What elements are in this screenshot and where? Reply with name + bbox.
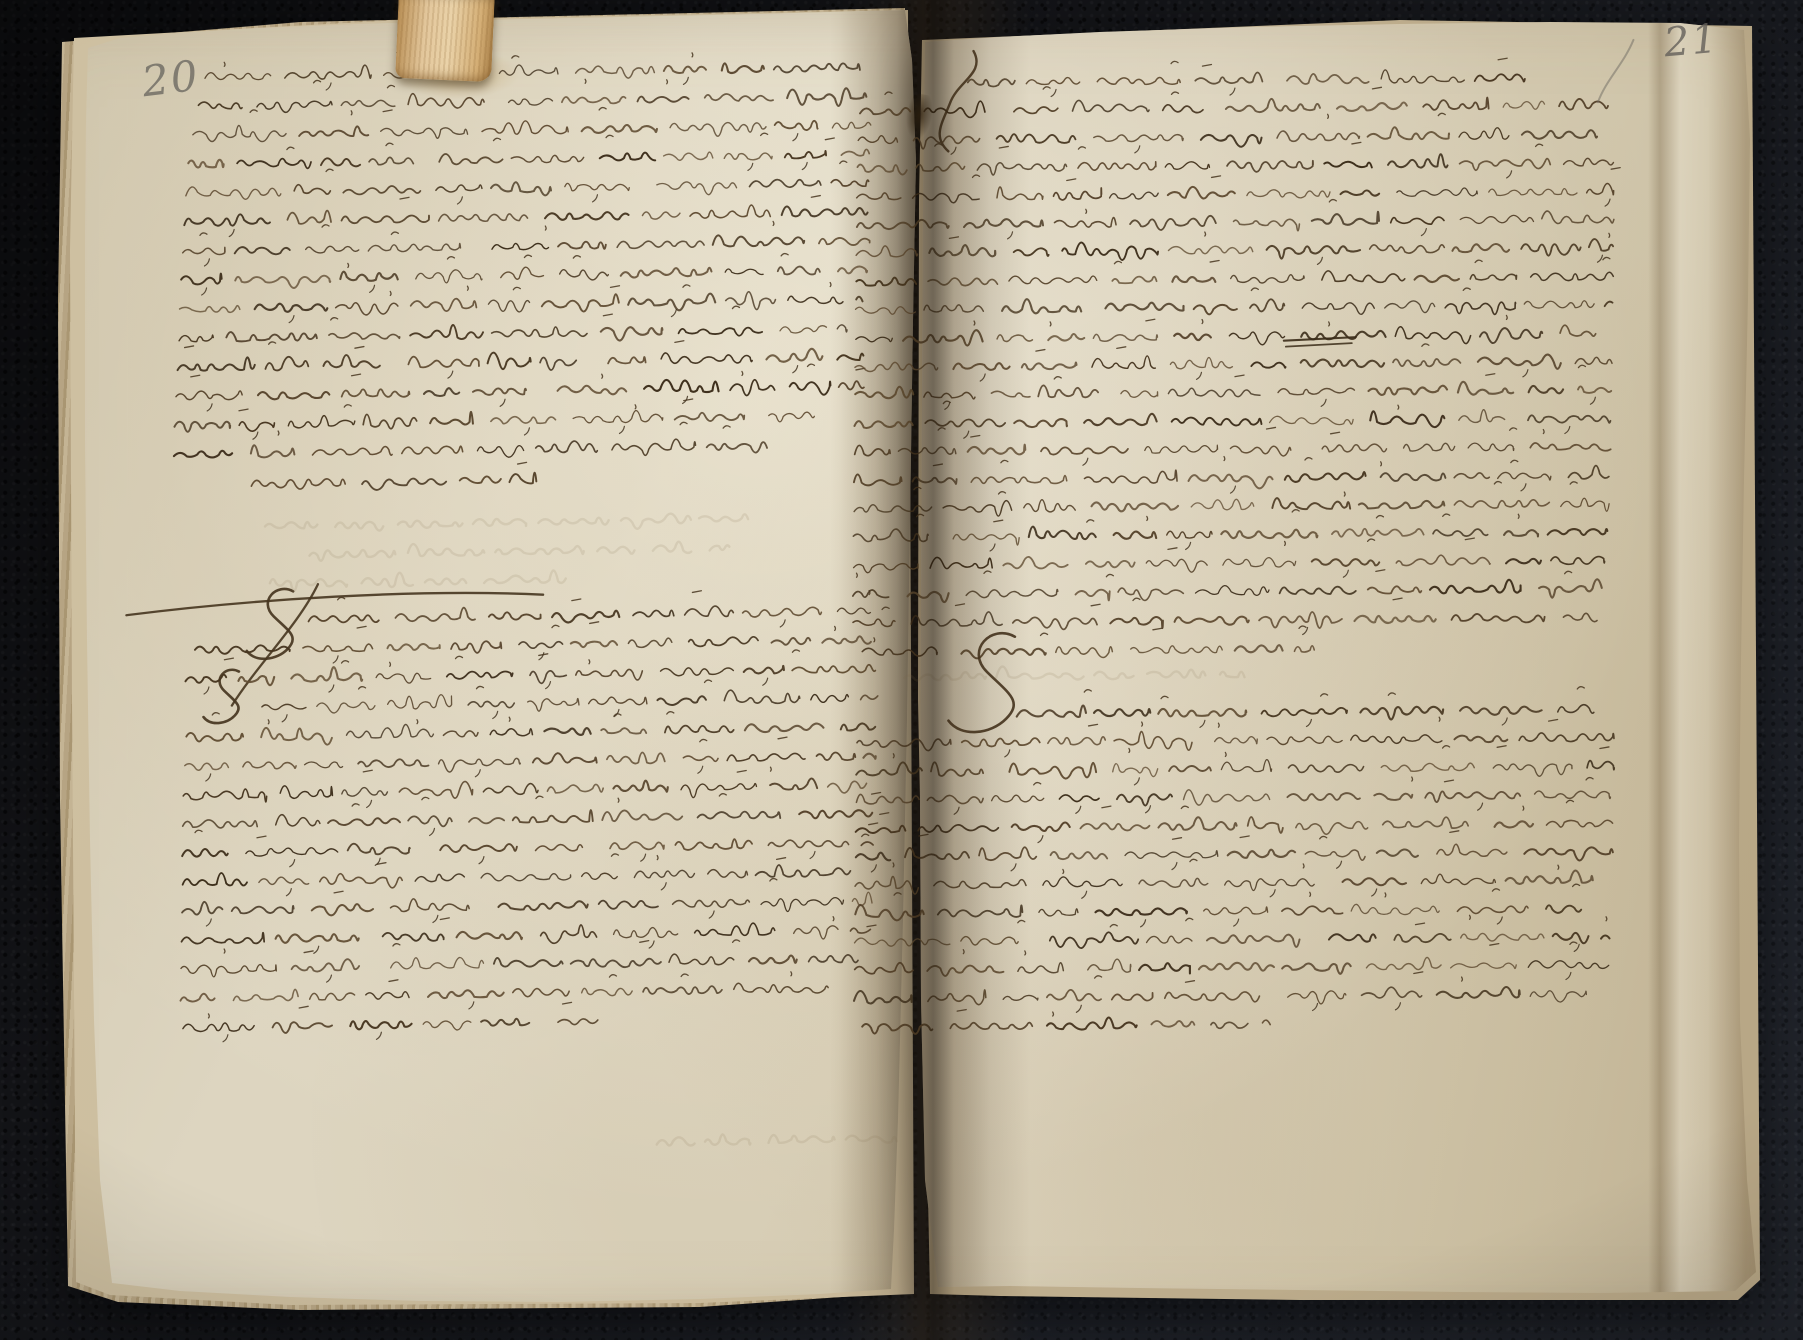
right-page-wrap — [0, 0, 1803, 1340]
left-page-number: 20 — [139, 51, 202, 107]
bookmark-tab — [395, 0, 495, 82]
open-book: 20 21 — [0, 0, 1803, 1340]
manuscript-photo: 20 21 — [0, 0, 1803, 1340]
right-page — [0, 0, 1803, 1340]
right-page-number: 21 — [1662, 16, 1721, 67]
